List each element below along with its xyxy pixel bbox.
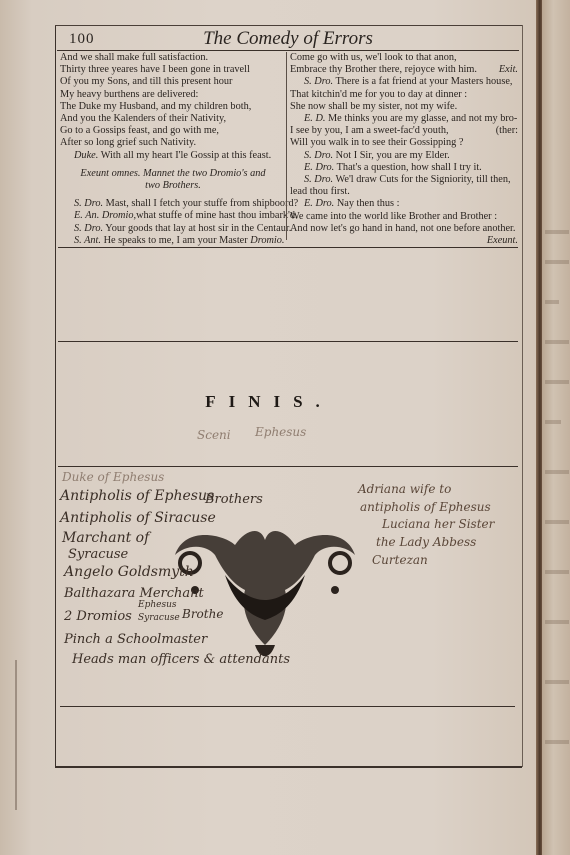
text-line: We came into the world like Brother and …: [290, 211, 518, 223]
column-divider: [286, 52, 287, 240]
text-line: Will you walk in to see their Gossipping…: [290, 137, 518, 149]
handwritten-note: Marchant of: [62, 530, 149, 546]
speech-line: S. Dro. Your goods that lay at host sir …: [60, 223, 286, 235]
handwritten-note: 2 Dromios: [64, 609, 132, 624]
finis-heading: FINIS.: [0, 392, 538, 412]
handwritten-note: Sceni: [197, 428, 231, 442]
facing-page-edge: [542, 0, 570, 855]
handwritten-note: Angelo Goldsmyth: [64, 564, 194, 580]
speech-line: S. Ant. He speaks to me, I am your Maste…: [60, 235, 286, 247]
handwritten-note: Brothe: [182, 607, 223, 621]
exit-direction: Exit.: [499, 64, 518, 76]
left-column: And we shall make full satisfaction. Thi…: [60, 52, 286, 247]
speech-line: E. Dro. Nay then thus :: [290, 198, 518, 210]
text-line: Thirty three yeares have I been gone in …: [60, 64, 286, 76]
speech-line: Duke. With all my heart I'le Gossip at t…: [60, 150, 286, 162]
running-header: 100 The Comedy of Errors: [55, 28, 521, 50]
text-line: After so long grief such Nativity.: [60, 137, 286, 149]
section-rule: [58, 341, 518, 342]
right-column: Come go with us, we'l look to that anon,…: [290, 52, 518, 247]
speaker: Duke.: [74, 150, 98, 161]
handwritten-note: Antipholis of Ephesus: [60, 488, 214, 504]
speech-line: S. Dro. We'l draw Cuts for the Signiorit…: [290, 174, 518, 186]
handwritten-note: Luciana her Sister: [382, 517, 494, 531]
section-rule: [58, 247, 518, 248]
handwritten-note: Antipholis of Siracuse: [60, 510, 216, 526]
text-line: And we shall make full satisfaction.: [60, 52, 286, 64]
text-line: Of you my Sons, and till this present ho…: [60, 76, 286, 88]
margin-mark: [15, 660, 17, 810]
text-line: Go to a Gossips feast, and go with me,: [60, 125, 286, 137]
running-title: The Comedy of Errors: [55, 28, 521, 50]
handwritten-note: antipholis of Ephesus: [360, 500, 491, 514]
speech-line: S. Dro. There is a fat friend at your Ma…: [290, 76, 518, 88]
handwritten-note: Adriana wife to: [358, 482, 451, 496]
section-rule: [60, 706, 515, 707]
stage-direction: Exeunt omnes. Mannet the two Dromio's an…: [60, 168, 286, 192]
speech-line: E. Dro. That's a question, how shall I t…: [290, 162, 518, 174]
header-rule: [57, 50, 519, 51]
speech-line: E. D. Me thinks you are my glasse, and n…: [290, 113, 518, 125]
exeunt-direction: Exeunt.: [290, 235, 518, 247]
speech-line: S. Dro. Not I Sir, you are my Elder.: [290, 150, 518, 162]
bottom-rule: [55, 766, 522, 768]
speech-line: E. An. Dromio,what stuffe of mine hast t…: [60, 210, 286, 222]
handwritten-note: the Lady Abbess: [376, 535, 476, 549]
section-rule: [58, 466, 518, 467]
text-line: lead thou first.: [290, 186, 518, 198]
text-line: And now let's go hand in hand, not one b…: [290, 223, 518, 235]
text-line: My heavy burthens are delivered:: [60, 89, 286, 101]
text-line: And you the Kalenders of their Nativity,: [60, 113, 286, 125]
text-line: I see by you, I am a sweet-fac'd youth,(…: [290, 125, 518, 137]
text-line: Embrace thy Brother there, rejoyce with …: [290, 64, 518, 76]
top-rule: [55, 25, 522, 26]
handwritten-note: Heads man officers & attendants: [72, 652, 290, 667]
handwritten-note: Ephesus: [255, 425, 306, 439]
handwritten-note: Brothers: [205, 492, 263, 507]
text-line: She now shall be my sister, not my wife.: [290, 101, 518, 113]
text-line: The Duke my Husband, and my children bot…: [60, 101, 286, 113]
handwritten-note: Syracuse: [68, 547, 128, 562]
handwritten-note: Curtezan: [372, 553, 428, 567]
handwritten-note: Pinch a Schoolmaster: [64, 632, 207, 647]
handwritten-note: Duke of Ephesus: [62, 470, 164, 484]
handwritten-note: Syracuse: [138, 613, 180, 623]
speech-line: S. Dro. Mast, shall I fetch your stuffe …: [60, 198, 286, 210]
handwritten-note: Balthazara Merchant: [64, 586, 204, 601]
handwritten-note: Ephesus: [138, 600, 177, 610]
text-line: That kitchin'd me for you to day at dinn…: [290, 89, 518, 101]
text-line: Come go with us, we'l look to that anon,: [290, 52, 518, 64]
